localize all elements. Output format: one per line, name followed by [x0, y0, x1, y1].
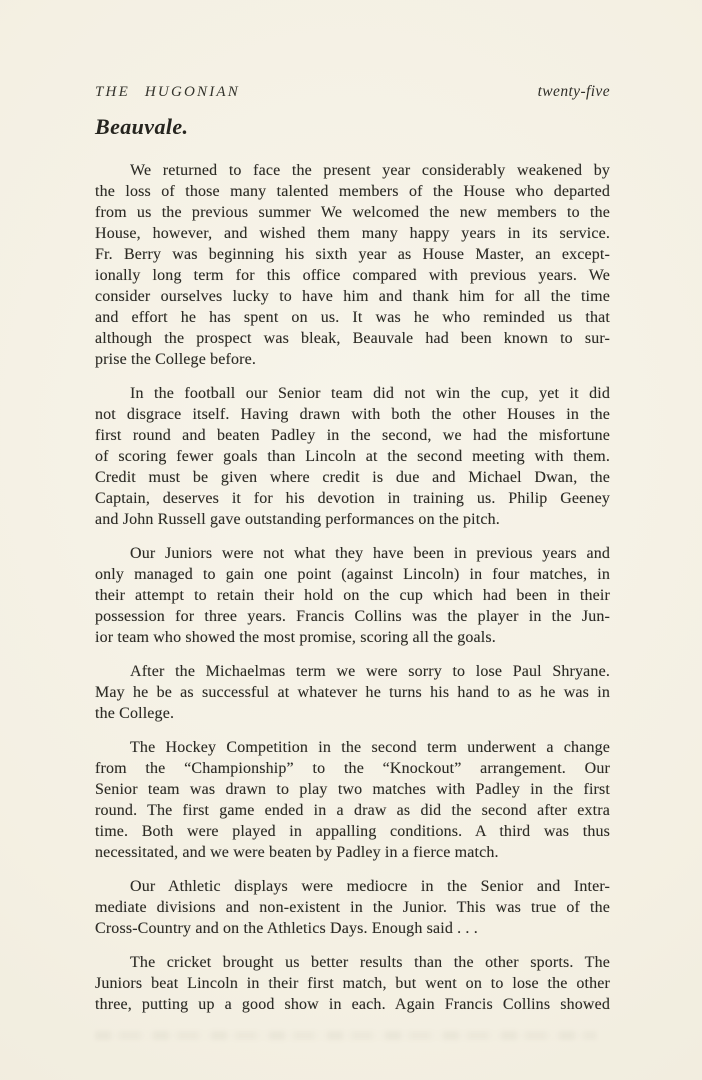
text-line: Our Athletic displays were mediocre in t… — [95, 876, 610, 897]
text-line: of scoring fewer goals than Lincoln at t… — [95, 446, 610, 467]
article-body: We returned to face the present year con… — [95, 160, 610, 1015]
text-line: three, putting up a good show in each. A… — [95, 994, 610, 1015]
text-line: from the “Championship” to the “Knockout… — [95, 758, 610, 779]
text-line: necessitated, and we were beaten by Padl… — [95, 842, 610, 863]
text-line: In the football our Senior team did not … — [95, 383, 610, 404]
paragraph: Our Juniors were not what they have been… — [95, 543, 610, 648]
text-line: Credit must be given where credit is due… — [95, 467, 610, 488]
paragraph: The Hockey Competition in the second ter… — [95, 737, 610, 863]
text-line: prise the College before. — [95, 349, 610, 370]
text-line: Cross-Country and on the Athletics Days.… — [95, 918, 610, 939]
paragraph: The cricket brought us better results th… — [95, 952, 610, 1015]
text-line: ior team who showed the most promise, sc… — [95, 627, 610, 648]
text-line: ionally long term for this office compar… — [95, 265, 610, 286]
text-line: Captain, deserves it for his devotion in… — [95, 488, 610, 509]
paragraph: In the football our Senior team did not … — [95, 383, 610, 530]
text-line: round. The first game ended in a draw as… — [95, 800, 610, 821]
text-line: their attempt to retain their hold on th… — [95, 585, 610, 606]
journal-title: THE HUGONIAN — [95, 84, 240, 100]
text-line: Juniors beat Lincoln in their first matc… — [95, 973, 610, 994]
text-line: and effort he has spent on us. It was he… — [95, 307, 610, 328]
page-number: twenty-five — [538, 84, 610, 100]
text-line: not disgrace itself. Having drawn with b… — [95, 404, 610, 425]
text-line: only managed to gain one point (against … — [95, 564, 610, 585]
text-line: The Hockey Competition in the second ter… — [95, 737, 610, 758]
text-line: although the prospect was bleak, Beauval… — [95, 328, 610, 349]
page-showthrough-smudge — [95, 1031, 597, 1040]
text-line: and John Russell gave outstanding perfor… — [95, 509, 610, 530]
text-line: the loss of those many talented members … — [95, 181, 610, 202]
text-line: House, however, and wished them many hap… — [95, 223, 610, 244]
text-line: We returned to face the present year con… — [95, 160, 610, 181]
text-line: The cricket brought us better results th… — [95, 952, 610, 973]
text-line: the College. — [95, 703, 610, 724]
text-line: mediate divisions and non-existent in th… — [95, 897, 610, 918]
text-line: consider ourselves lucky to have him and… — [95, 286, 610, 307]
text-line: first round and beaten Padley in the sec… — [95, 425, 610, 446]
text-line: After the Michaelmas term we were sorry … — [95, 661, 610, 682]
paragraph: After the Michaelmas term we were sorry … — [95, 661, 610, 724]
page-header: THE HUGONIAN twenty-five — [95, 84, 610, 100]
text-line: possession for three years. Francis Coll… — [95, 606, 610, 627]
paragraph: We returned to face the present year con… — [95, 160, 610, 370]
text-line: time. Both were played in appalling cond… — [95, 821, 610, 842]
article-title: Beauvale. — [95, 114, 610, 140]
paragraph: Our Athletic displays were mediocre in t… — [95, 876, 610, 939]
magazine-page: THE HUGONIAN twenty-five Beauvale. We re… — [0, 0, 702, 1080]
text-line: Senior team was drawn to play two matche… — [95, 779, 610, 800]
text-line: May he be as successful at whatever he t… — [95, 682, 610, 703]
text-line: Our Juniors were not what they have been… — [95, 543, 610, 564]
text-line: from us the previous summer We welcomed … — [95, 202, 610, 223]
text-line: Fr. Berry was beginning his sixth year a… — [95, 244, 610, 265]
